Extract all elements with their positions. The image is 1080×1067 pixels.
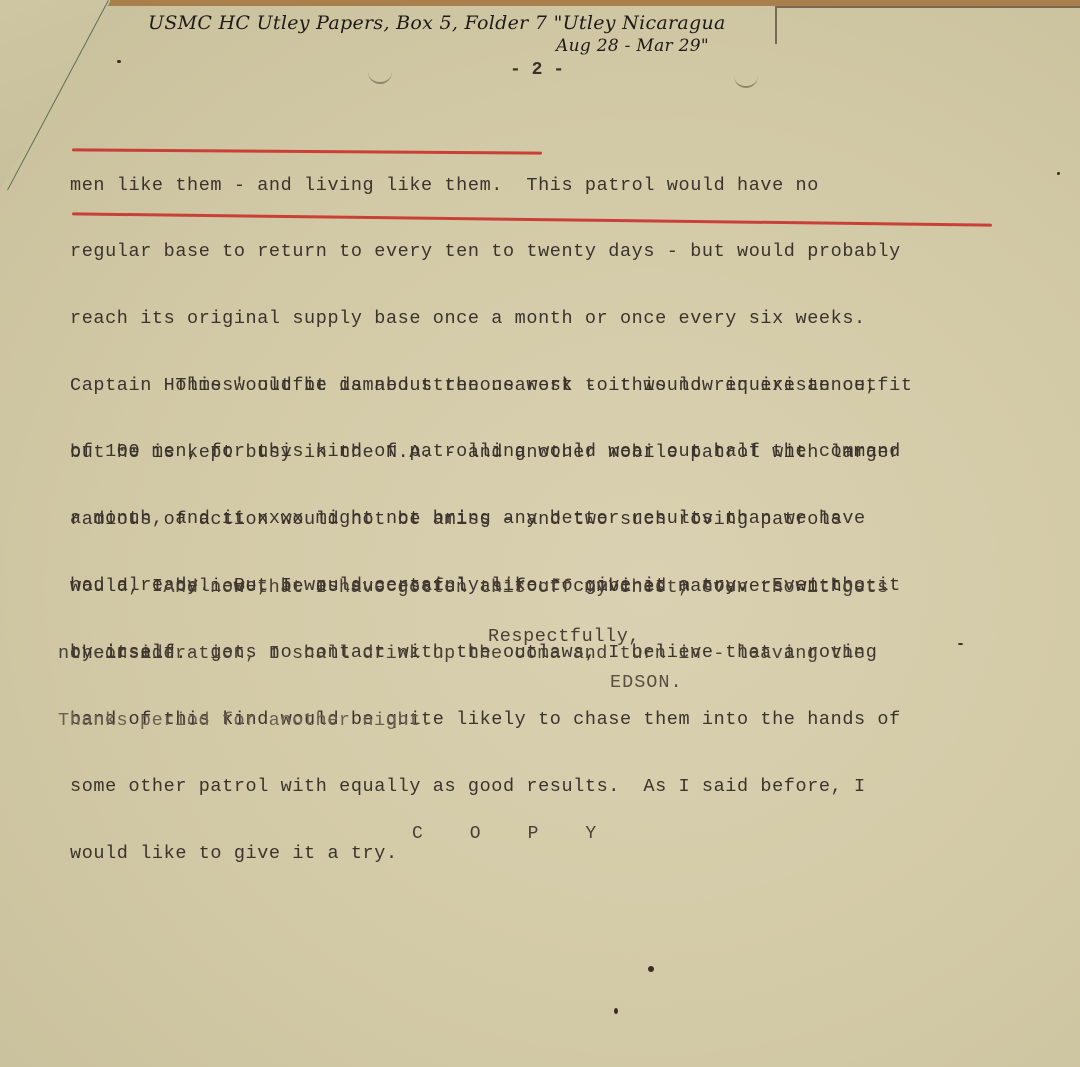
text-line: And now that I have gotten this off my c… — [58, 577, 889, 599]
text-line: men like them - and living like them. Th… — [70, 175, 901, 197]
signature: EDSON. — [610, 672, 683, 693]
punch-hole-mark — [734, 72, 758, 88]
copy-stamp: COPY — [412, 824, 643, 844]
paper-speck — [117, 60, 121, 63]
text-line: a month, and it xxxx might not bring any… — [70, 508, 913, 530]
archival-note-line-2: Aug 28 - Mar 29" — [556, 36, 709, 56]
document-page: USMC HC Utley Papers, Box 5, Folder 7 "U… — [0, 0, 1080, 1067]
text-line: regular base to return to every ten to t… — [70, 241, 901, 263]
text-line: some other patrol with equally as good r… — [70, 776, 913, 798]
text-line: reach its original supply base once a mo… — [70, 308, 901, 330]
text-line: This would be damned strenous work - it … — [70, 375, 913, 397]
text-line: no consideration, I shall drink up the c… — [58, 643, 889, 665]
bracket-mark — [775, 6, 1080, 44]
paper-speck — [958, 643, 963, 645]
paper-speck — [648, 966, 654, 972]
text-line: would like to give it a try. — [70, 843, 913, 865]
paper-speck — [614, 1008, 618, 1014]
page-number: - 2 - — [510, 60, 564, 80]
punch-hole-mark — [368, 68, 392, 84]
archival-note-line-1: USMC HC Utley Papers, Box 5, Folder 7 "U… — [148, 12, 726, 34]
paper-speck — [1057, 172, 1060, 175]
text-line: of 100 men, for this kind of patrolling … — [70, 441, 913, 463]
text-line: Thanks period for another night. — [58, 710, 889, 732]
paragraph-3: And now that I have gotten this off my c… — [58, 532, 889, 777]
closing-salutation: Respectfully, — [488, 626, 640, 647]
